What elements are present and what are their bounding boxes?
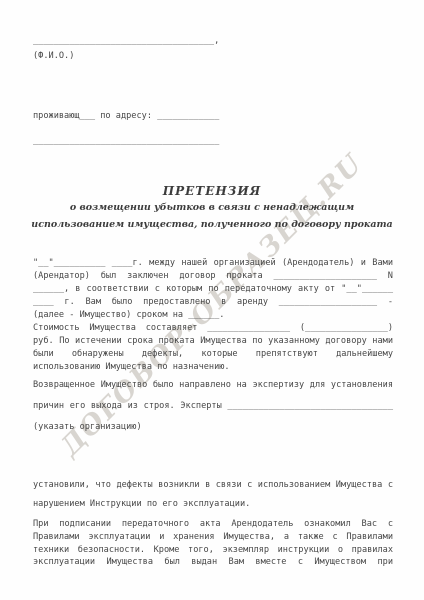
document-subtitle-line1: о возмещении убытков в связи с ненадлежа… [0,202,424,214]
subtitle-line-2-wrap: использованием имущества, полученного по… [0,219,424,231]
address-line: проживающ___ по адресу: ____________ [33,111,393,121]
body-line: Правилами эксплуатации и хранения Имущес… [33,531,393,544]
body-line: Возвращенное Имущество было направлено н… [33,375,393,396]
subtitle-line-1-wrap: о возмещении убытков в связи с ненадлежа… [0,202,424,214]
body-line: ____ г. Вам было предоставлено в аренду … [33,296,393,309]
body-line: ______, в соответствии с которым по пере… [33,283,393,296]
body-line: установили, что дефекты возникли в связи… [33,476,393,495]
body-line: нарушением Инструкции по его эксплуатаци… [33,495,393,514]
name-caption: (Ф.И.О.) [33,51,393,61]
paragraph-rules-acknowledgement: При подписании передаточного акта Арендо… [33,518,393,569]
document-title: ПРЕТЕНЗИЯ [0,184,424,198]
body-line: (Арендатор) был заключен договор проката… [33,270,393,283]
body-line: использованию Имущества по назначению. [33,361,393,374]
body-line: причин его выхода из строя. Эксперты ___… [33,396,393,417]
body-line: Стоимость Имущества составляет _________… [33,322,393,335]
body-line: "__"__________ ____г. между нашей органи… [33,257,393,270]
body-line: руб. По истечении срока проката Имуществ… [33,335,393,348]
paragraph-contract-details: "__"__________ ____г. между нашей органи… [33,257,393,374]
body-line: При подписании передаточного акта Арендо… [33,518,393,531]
body-line: (указать организацию) [33,417,393,438]
name-blank-line: ___________________________________, [33,36,393,46]
body-line: техники безопасности. Кроме того, экземп… [33,544,393,557]
paragraph-expertise: Возвращенное Имущество было направлено н… [33,375,393,438]
document-subtitle-line2: использованием имущества, полученного по… [0,219,424,231]
address-blank-line: ____________________________________ [33,136,393,146]
title-block: ПРЕТЕНЗИЯ [0,184,424,198]
paragraph-expert-conclusion: установили, что дефекты возникли в связи… [33,476,393,514]
body-line: (далее - Имущество) сроком на ______. [33,309,393,322]
document-page: ДОГОВОР-ОБРАЗЕЦ.RU _____________________… [0,0,424,600]
body-line: были обнаружены дефекты, которые препятс… [33,348,393,361]
body-line: эксплуатации Имущества был выдан Вам вме… [33,556,393,569]
